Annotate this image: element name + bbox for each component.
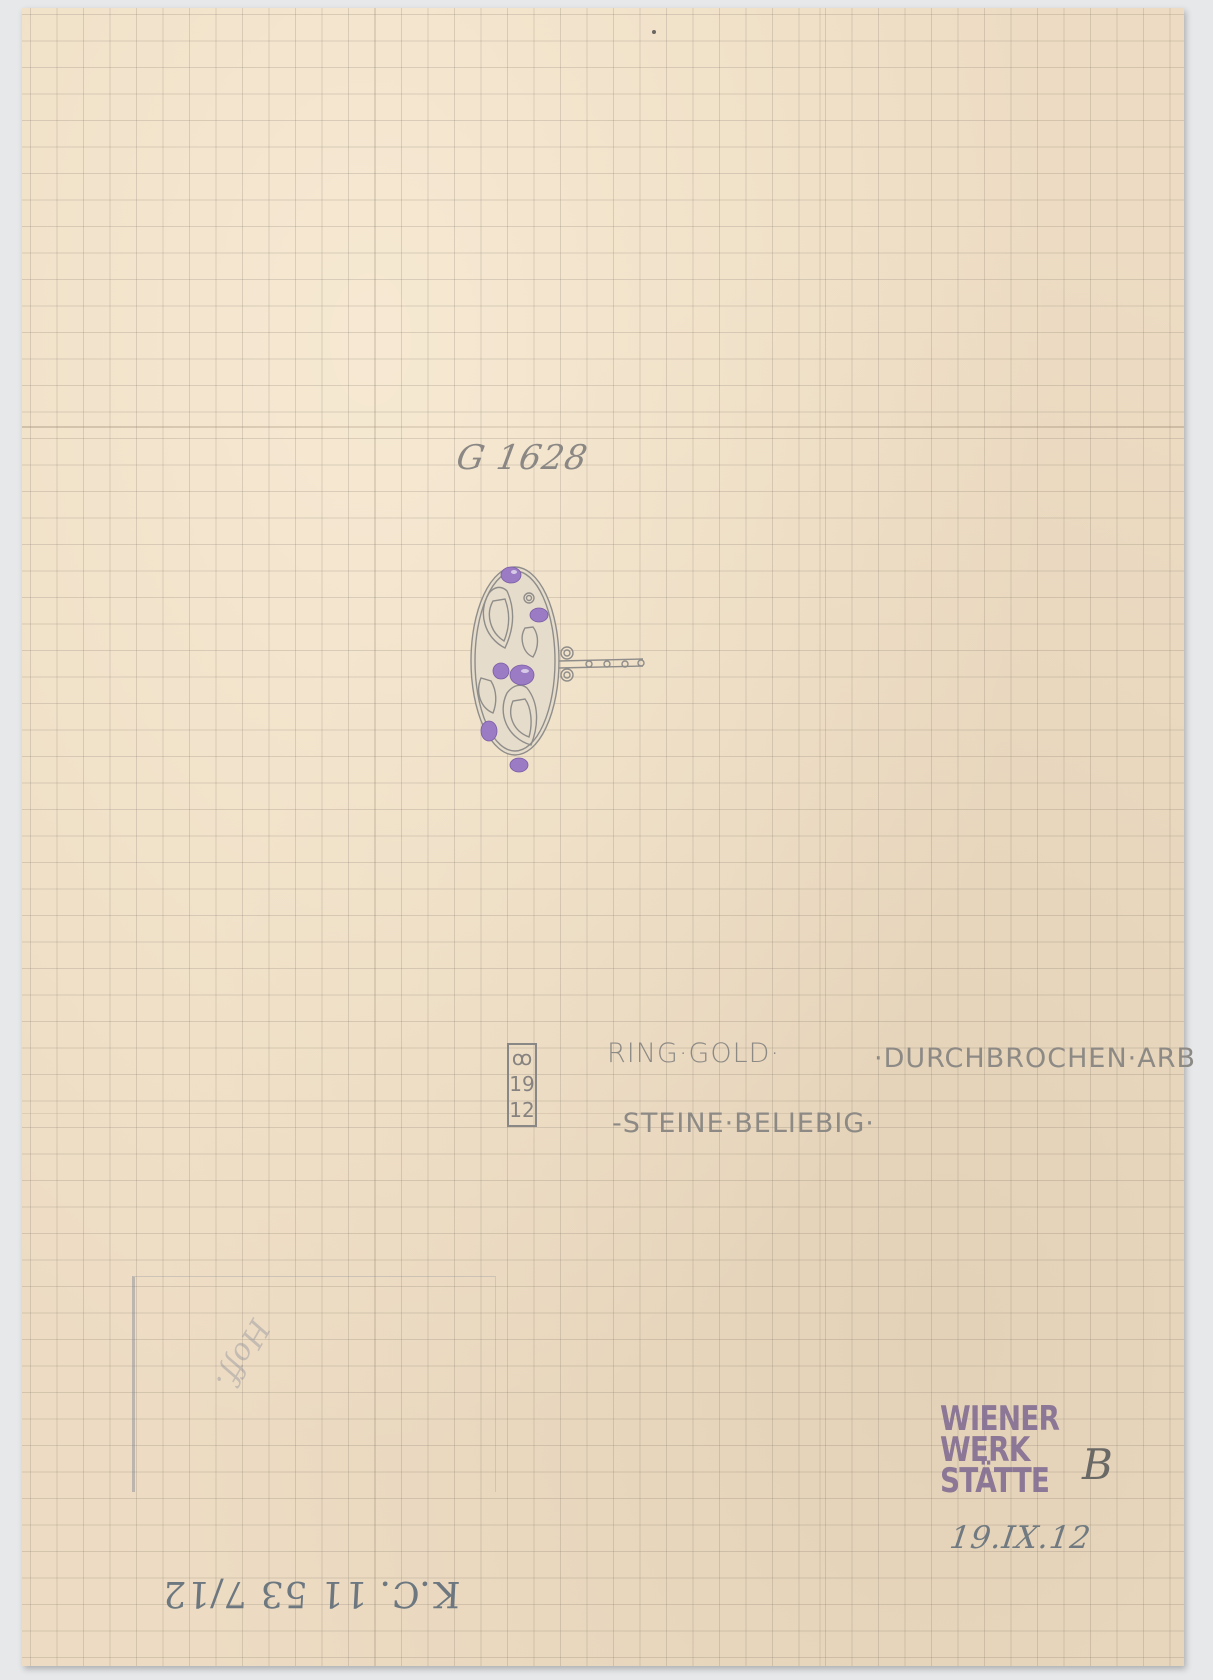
ring-drawing [467,553,667,783]
fold-line-horizontal-lower [22,1113,1184,1114]
stamp-line-3: STÄTTE [940,1466,1059,1497]
fold-line-vertical-right [819,8,821,1666]
ink-speck [652,30,656,34]
monogram-year-1: 19 [509,1071,535,1097]
catalog-number: G 1628 [453,438,591,478]
annotation-steine-beliebig: -STEINE·BELIEBIG· [612,1108,875,1139]
monogram-ornament: ꝏ [509,1045,535,1071]
paper-sheet: G 1628 ꝏ 19 [22,8,1184,1666]
annotation-ring-gold: RING·GOLD· [607,1038,780,1069]
faded-box-text: Hoff. [209,1313,277,1395]
date-annotation: 19.IX.12 [947,1520,1093,1556]
annotation-durchbrochen: ·DURCHBROCHEN·ARB [874,1043,1196,1074]
monogram-box: ꝏ 19 12 [507,1043,537,1127]
wiener-werkstaette-stamp: WIENER WERK STÄTTE [940,1404,1059,1497]
inventory-number: K.C. 11 53 7/12 [159,1573,463,1614]
monogram-year-2: 12 [509,1097,535,1123]
designer-initial: B [1082,1440,1114,1489]
faded-stamp-box: Hoff. [132,1276,496,1492]
fold-line-horizontal [22,426,1184,428]
